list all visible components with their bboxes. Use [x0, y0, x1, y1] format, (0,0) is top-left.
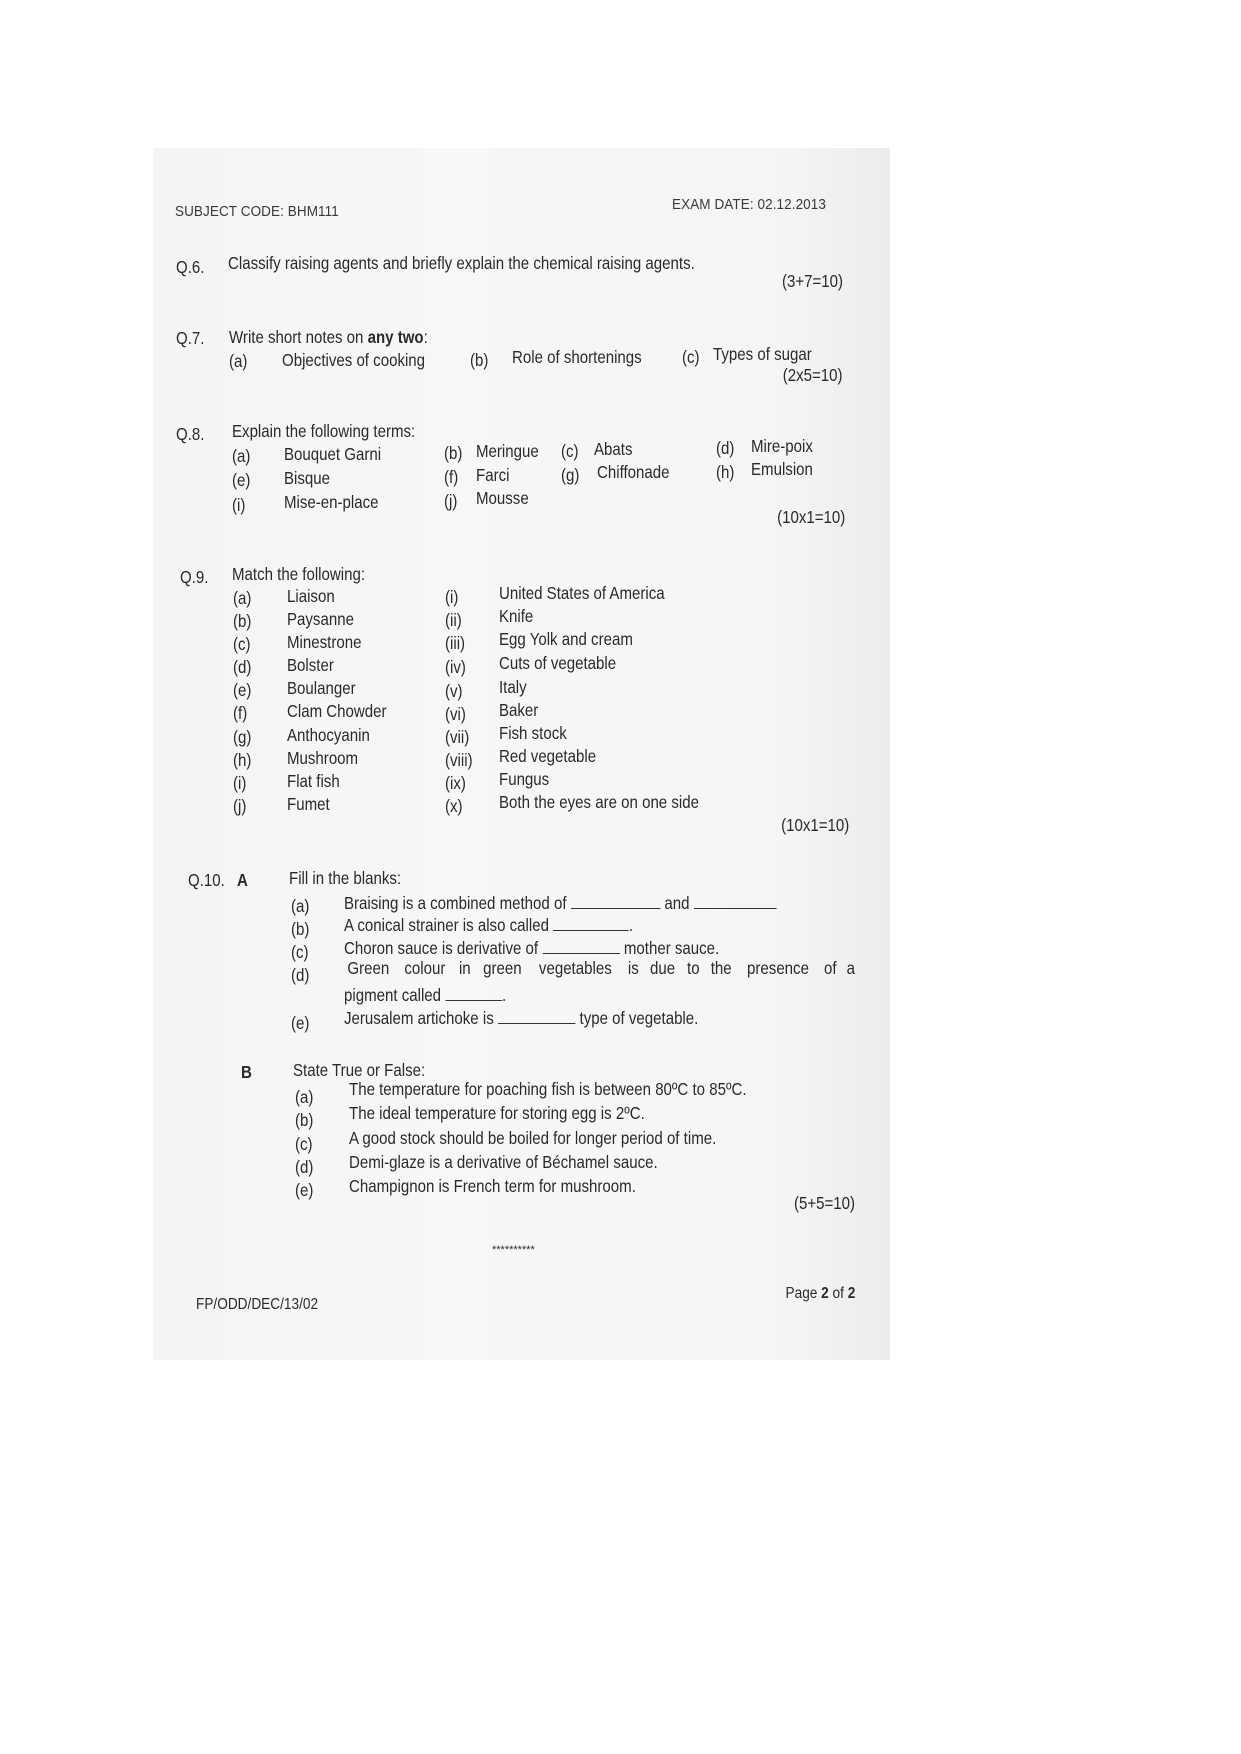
- q9-right-label: (viii): [445, 750, 473, 771]
- q7-item-a: Objectives of cooking: [282, 350, 425, 371]
- q8-b-label: (b): [444, 443, 462, 464]
- q8-d-label: (d): [716, 438, 734, 459]
- q6-marks: (3+7=10): [782, 271, 843, 292]
- q9-left-label: (a): [233, 588, 251, 609]
- q9-number: Q.9.: [180, 567, 208, 588]
- q10b-label: (d): [295, 1157, 313, 1178]
- q9-right-label: (iii): [445, 633, 465, 654]
- q9-right-item: Fish stock: [499, 723, 567, 744]
- q7-marks: (2x5=10): [783, 365, 843, 386]
- q10-part-a-label: A: [237, 870, 248, 891]
- q9-right-item: Both the eyes are on one side: [499, 792, 699, 813]
- q8-marks: (10x1=10): [777, 507, 845, 528]
- blank: [553, 916, 629, 931]
- q9-right-item: Italy: [499, 677, 527, 698]
- q8-j: Mousse: [476, 488, 529, 509]
- blank: [542, 939, 619, 954]
- q10-part-b-label: B: [241, 1062, 252, 1083]
- q8-g: Chiffonade: [597, 462, 670, 483]
- q7-text: Write short notes on any two:: [229, 327, 428, 348]
- q7-item-c: Types of sugar: [713, 344, 812, 365]
- q8-j-label: (j): [444, 491, 457, 512]
- q9-left-item: Fumet: [287, 794, 330, 815]
- q10b-statement: Champignon is French term for mushroom.: [349, 1176, 636, 1197]
- q8-a: Bouquet Garni: [284, 444, 381, 465]
- q8-a-label: (a): [232, 446, 250, 467]
- blank: [498, 1009, 575, 1024]
- q10a-a: Braising is a combined method of and: [344, 893, 776, 914]
- blank: [694, 894, 777, 909]
- q10-marks: (5+5=10): [794, 1193, 855, 1214]
- q10b-statement: Demi-glaze is a derivative of Béchamel s…: [349, 1152, 658, 1173]
- q9-right-label: (ix): [445, 773, 466, 794]
- q10a-d-line2: pigment called .: [344, 985, 506, 1006]
- q9-left-item: Clam Chowder: [287, 701, 387, 722]
- q9-right-item: Fungus: [499, 769, 549, 790]
- q10a-d-line1: Greencolouringreenvegetablesisduetothepr…: [344, 958, 856, 979]
- word: is: [628, 958, 639, 979]
- q9-left-item: Liaison: [287, 586, 335, 607]
- q9-right-item: United States of America: [499, 583, 665, 604]
- q10a-a-label: (a): [291, 896, 309, 917]
- word: a: [847, 958, 855, 979]
- q8-h-label: (h): [716, 462, 734, 483]
- subject-code: SUBJECT CODE: BHM111: [175, 203, 339, 220]
- q10a-b: A conical strainer is also called .: [344, 915, 633, 936]
- q9-right-label: (iv): [445, 657, 466, 678]
- q9-right-label: (i): [445, 587, 458, 608]
- q9-left-label: (d): [233, 657, 251, 678]
- q9-right-item: Knife: [499, 606, 533, 627]
- q8-c: Abats: [594, 439, 632, 460]
- q9-left-label: (b): [233, 611, 251, 632]
- q8-f-label: (f): [444, 467, 458, 488]
- q8-h: Emulsion: [751, 459, 813, 480]
- q9-right-label: (vii): [445, 727, 469, 748]
- q9-left-item: Paysanne: [287, 609, 354, 630]
- q9-left-label: (g): [233, 727, 251, 748]
- word: green: [483, 958, 521, 979]
- q9-left-label: (h): [233, 750, 251, 771]
- page-number: Page 2 of 2: [785, 1285, 855, 1303]
- word: Green: [347, 958, 389, 979]
- end-marker: **********: [492, 1244, 535, 1256]
- q8-b: Meringue: [476, 441, 539, 462]
- q9-right-item: Cuts of vegetable: [499, 653, 616, 674]
- q7-item-c-label: (c): [682, 347, 700, 368]
- q10a-d-label: (d): [291, 965, 309, 986]
- q8-e: Bisque: [284, 468, 330, 489]
- blank: [571, 894, 660, 909]
- q9-left-item: Minestrone: [287, 632, 361, 653]
- q10b-statement: The ideal temperature for storing egg is…: [349, 1103, 645, 1124]
- q8-number: Q.8.: [176, 424, 204, 445]
- word: of: [824, 958, 837, 979]
- q9-left-item: Mushroom: [287, 748, 358, 769]
- word: vegetables: [539, 958, 612, 979]
- q10b-label: (b): [295, 1110, 313, 1131]
- q9-right-label: (vi): [445, 704, 466, 725]
- word: the: [711, 958, 732, 979]
- q10b-statement: A good stock should be boiled for longer…: [349, 1128, 716, 1149]
- q7-number: Q.7.: [176, 328, 204, 349]
- q9-left-label: (j): [233, 796, 246, 817]
- q9-marks: (10x1=10): [781, 815, 849, 836]
- word: due: [650, 958, 675, 979]
- q9-left-item: Bolster: [287, 655, 334, 676]
- q9-left-item: Boulanger: [287, 678, 356, 699]
- q9-left-item: Anthocyanin: [287, 725, 370, 746]
- q10b-label: (a): [295, 1087, 313, 1108]
- q6-number: Q.6.: [176, 257, 204, 278]
- q10a-e-label: (e): [291, 1013, 309, 1034]
- footer-code: FP/ODD/DEC/13/02: [196, 1296, 318, 1314]
- q9-left-label: (e): [233, 680, 251, 701]
- q8-e-label: (e): [232, 470, 250, 491]
- q10b-label: (e): [295, 1180, 313, 1201]
- exam-date: EXAM DATE: 02.12.2013: [672, 196, 826, 213]
- word: in: [459, 958, 471, 979]
- q9-text: Match the following:: [232, 564, 365, 585]
- q8-text: Explain the following terms:: [232, 421, 415, 442]
- q9-right-label: (v): [445, 681, 463, 702]
- q8-i: Mise-en-place: [284, 492, 379, 513]
- q9-left-label: (c): [233, 634, 251, 655]
- q8-f: Farci: [476, 465, 509, 486]
- q8-g-label: (g): [561, 465, 579, 486]
- q6-text: Classify raising agents and briefly expl…: [228, 253, 695, 274]
- q10a-c: Choron sauce is derivative of mother sau…: [344, 938, 719, 959]
- q7-item-a-label: (a): [229, 351, 247, 372]
- blank: [445, 986, 502, 1001]
- q9-right-label: (x): [445, 796, 463, 817]
- word: to: [687, 958, 700, 979]
- q7-item-b-label: (b): [470, 350, 488, 371]
- word: presence: [747, 958, 809, 979]
- q9-right-item: Baker: [499, 700, 538, 721]
- q9-right-label: (ii): [445, 610, 462, 631]
- q10-number: Q.10.: [188, 870, 225, 891]
- q8-c-label: (c): [561, 441, 579, 462]
- q10a-e: Jerusalem artichoke is type of vegetable…: [344, 1008, 698, 1029]
- q9-right-item: Egg Yolk and cream: [499, 629, 633, 650]
- q7-item-b: Role of shortenings: [512, 347, 642, 368]
- q9-right-item: Red vegetable: [499, 746, 596, 767]
- q10b-statement: The temperature for poaching fish is bet…: [349, 1079, 747, 1100]
- q10-part-b-text: State True or False:: [293, 1060, 425, 1081]
- q9-left-label: (i): [233, 773, 246, 794]
- q8-d: Mire-poix: [751, 436, 813, 457]
- word: colour: [405, 958, 446, 979]
- q9-left-item: Flat fish: [287, 771, 340, 792]
- q10b-label: (c): [295, 1134, 313, 1155]
- q8-i-label: (i): [232, 495, 245, 516]
- q10-part-a-text: Fill in the blanks:: [289, 868, 401, 889]
- q9-left-label: (f): [233, 703, 247, 724]
- q10a-b-label: (b): [291, 919, 309, 940]
- q10a-c-label: (c): [291, 942, 309, 963]
